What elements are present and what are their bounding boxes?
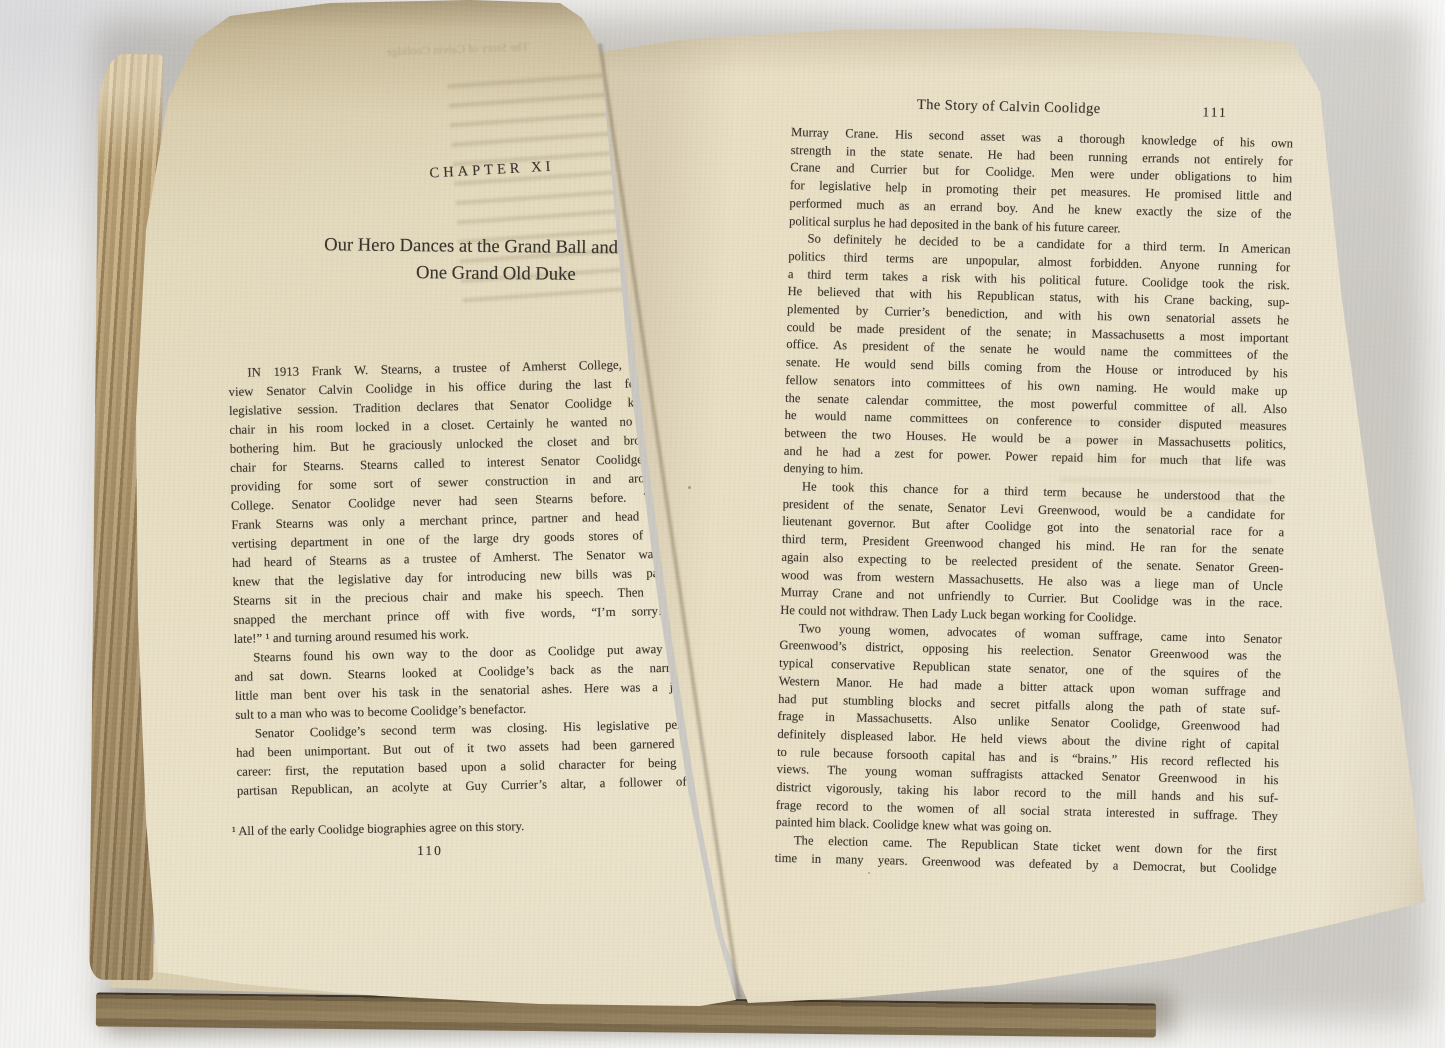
right-page-body: Murray Crane. His second asset was a tho… [774, 124, 1293, 879]
chapter-heading: CHAPTER XI [332, 153, 652, 188]
right-page-number: 111 [1202, 104, 1228, 121]
dust-speck [688, 486, 691, 489]
left-page-number: 110 [230, 843, 630, 859]
right-page-header-row: The Story of Calvin Coolidge 111 [792, 94, 1294, 122]
footnote: ¹ All of the early Coolidge biographies … [226, 816, 720, 840]
right-page-text-block: The Story of Calvin Coolidge 111 Murray … [774, 94, 1293, 879]
dust-speck [1202, 867, 1205, 870]
running-header: The Story of Calvin Coolidge [758, 93, 1260, 121]
left-page-bleedthrough-header: The Story of Calvin Coolidge [350, 38, 565, 60]
book-photo-scene: The Story of Calvin Coolidge 111 Murray … [0, 0, 1445, 1048]
dust-speck [868, 872, 870, 874]
